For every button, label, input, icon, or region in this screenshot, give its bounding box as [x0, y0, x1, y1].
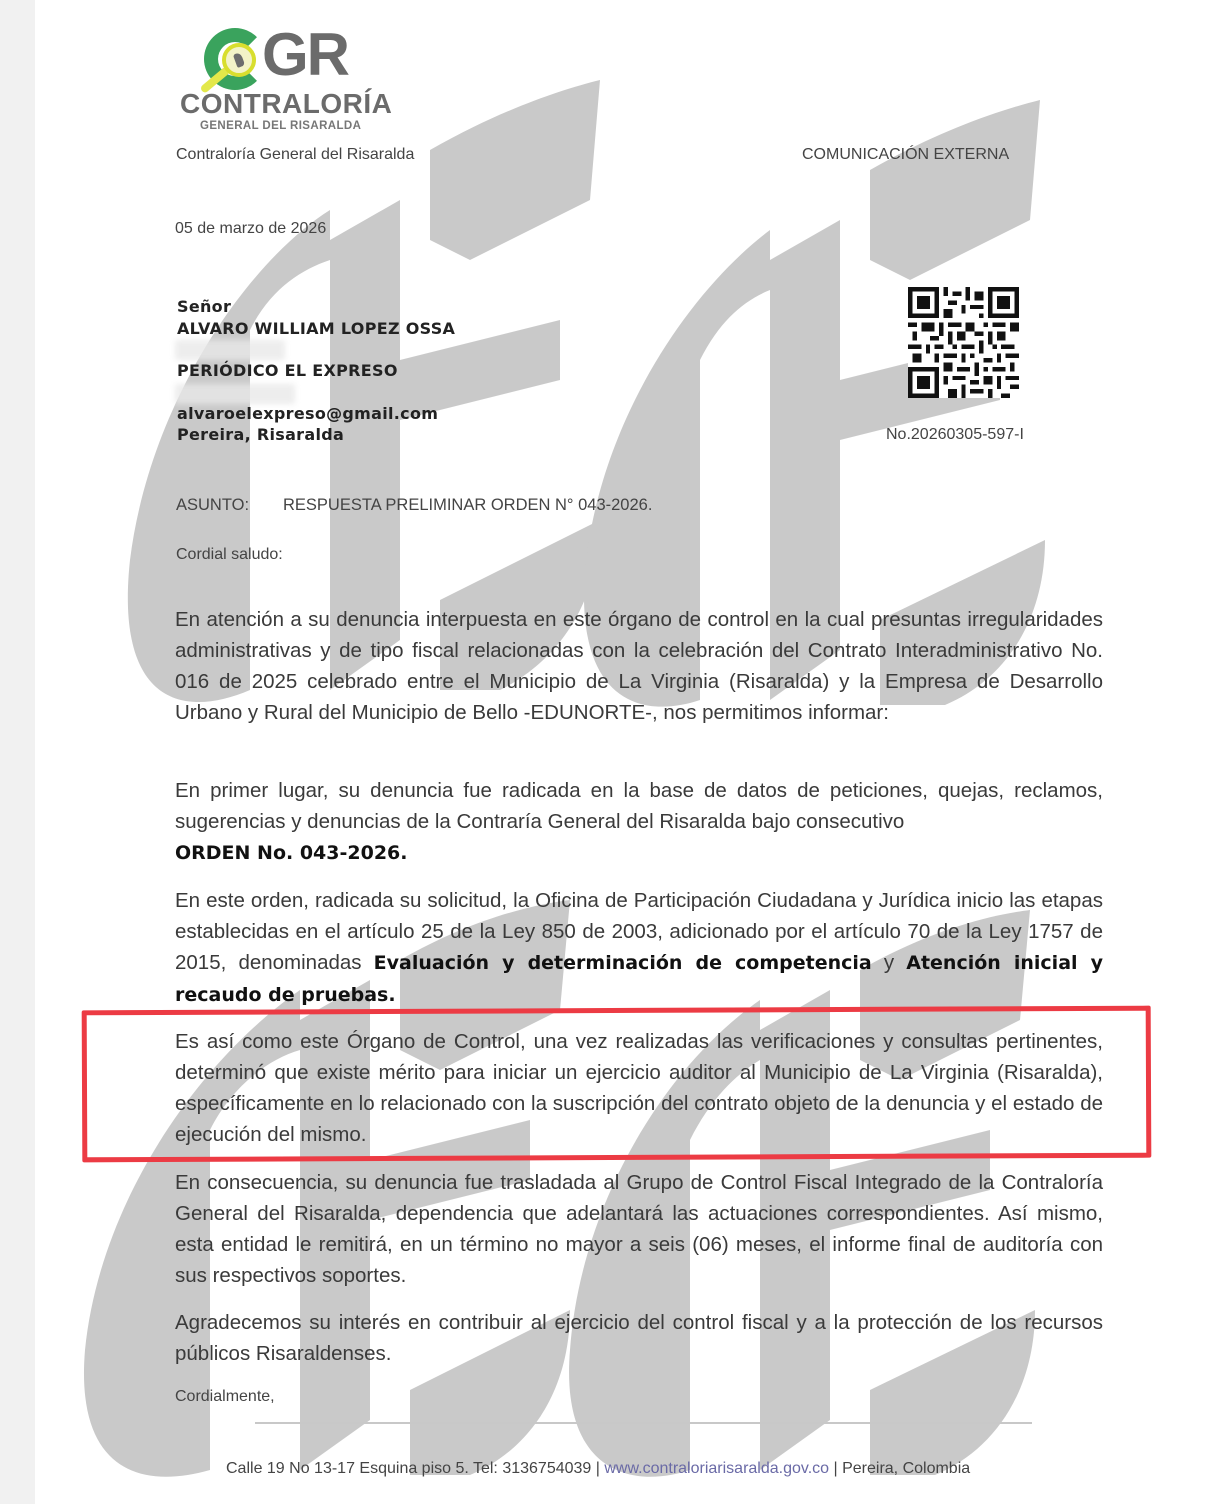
recipient-email: alvaroelexpreso@gmail.com	[177, 404, 438, 423]
paragraph-2-text: En primer lugar, su denuncia fue radicad…	[175, 779, 1103, 833]
body-paragraph-5: En consecuencia, su denuncia fue traslad…	[175, 1167, 1103, 1291]
footer-city: | Pereira, Colombia	[834, 1460, 971, 1477]
body-paragraph-2: En primer lugar, su denuncia fue radicad…	[175, 775, 1103, 869]
subject-value: RESPUESTA PRELIMINAR ORDEN N° 043-2026.	[283, 496, 652, 515]
body-paragraph-1: En atención a su denuncia interpuesta en…	[175, 604, 1103, 728]
footer-divider	[255, 1422, 1032, 1424]
logo-subtitle: GENERAL DEL RISARALDA	[200, 120, 361, 132]
paragraph-3-join: y	[884, 951, 894, 974]
letter-date: 05 de marzo de 2026	[175, 220, 326, 238]
logo-name: CONTRALORÍA	[180, 88, 392, 120]
stage-evaluation: Evaluación y determinación de competenci…	[374, 952, 872, 974]
reference-number: No.20260305-597-I	[886, 426, 1024, 444]
redacted-field	[175, 340, 285, 360]
body-paragraph-6: Agradecemos su interés en contribuir al …	[175, 1307, 1103, 1369]
entity-name: Contraloría General del Risaralda	[176, 146, 414, 164]
recipient-name: ALVARO WILLIAM LOPEZ OSSA	[177, 319, 455, 338]
logo-acronym: GR	[262, 20, 348, 90]
redacted-field	[175, 384, 295, 404]
qr-code-icon	[908, 287, 1019, 398]
communication-type: COMUNICACIÓN EXTERNA	[802, 146, 1009, 164]
body-paragraph-3: En este orden, radicada su solicitud, la…	[175, 885, 1103, 1011]
magnifier-map-icon	[222, 43, 256, 77]
recipient-salutation: Señor	[177, 297, 231, 316]
cgr-logo: GR CONTRALORÍA GENERAL DEL RISARALDA	[178, 26, 393, 136]
closing: Cordialmente,	[175, 1388, 275, 1406]
greeting: Cordial saludo:	[176, 546, 283, 564]
recipient-city: Pereira, Risaralda	[177, 425, 344, 444]
footer: Calle 19 No 13-17 Esquina piso 5. Tel: 3…	[226, 1460, 970, 1478]
footer-website-link[interactable]: www.contraloriarisaralda.gov.co	[604, 1460, 829, 1477]
footer-address: Calle 19 No 13-17 Esquina piso 5. Tel: 3…	[226, 1460, 600, 1477]
order-number: ORDEN No. 043-2026.	[175, 842, 407, 864]
recipient-organization: PERIÓDICO EL EXPRESO	[177, 361, 398, 380]
subject-label: ASUNTO:	[176, 496, 249, 515]
body-paragraph-4-highlighted: Es así como este Órgano de Control, una …	[175, 1026, 1103, 1150]
